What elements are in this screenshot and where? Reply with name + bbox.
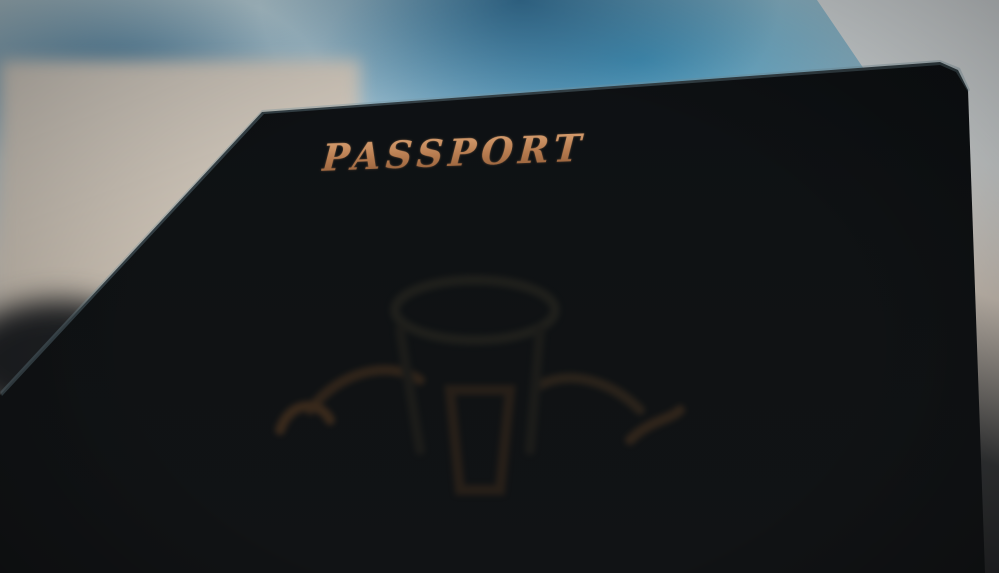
eagle-emblem-icon [250, 250, 700, 530]
photo-scene: PASSPORT [0, 0, 999, 573]
